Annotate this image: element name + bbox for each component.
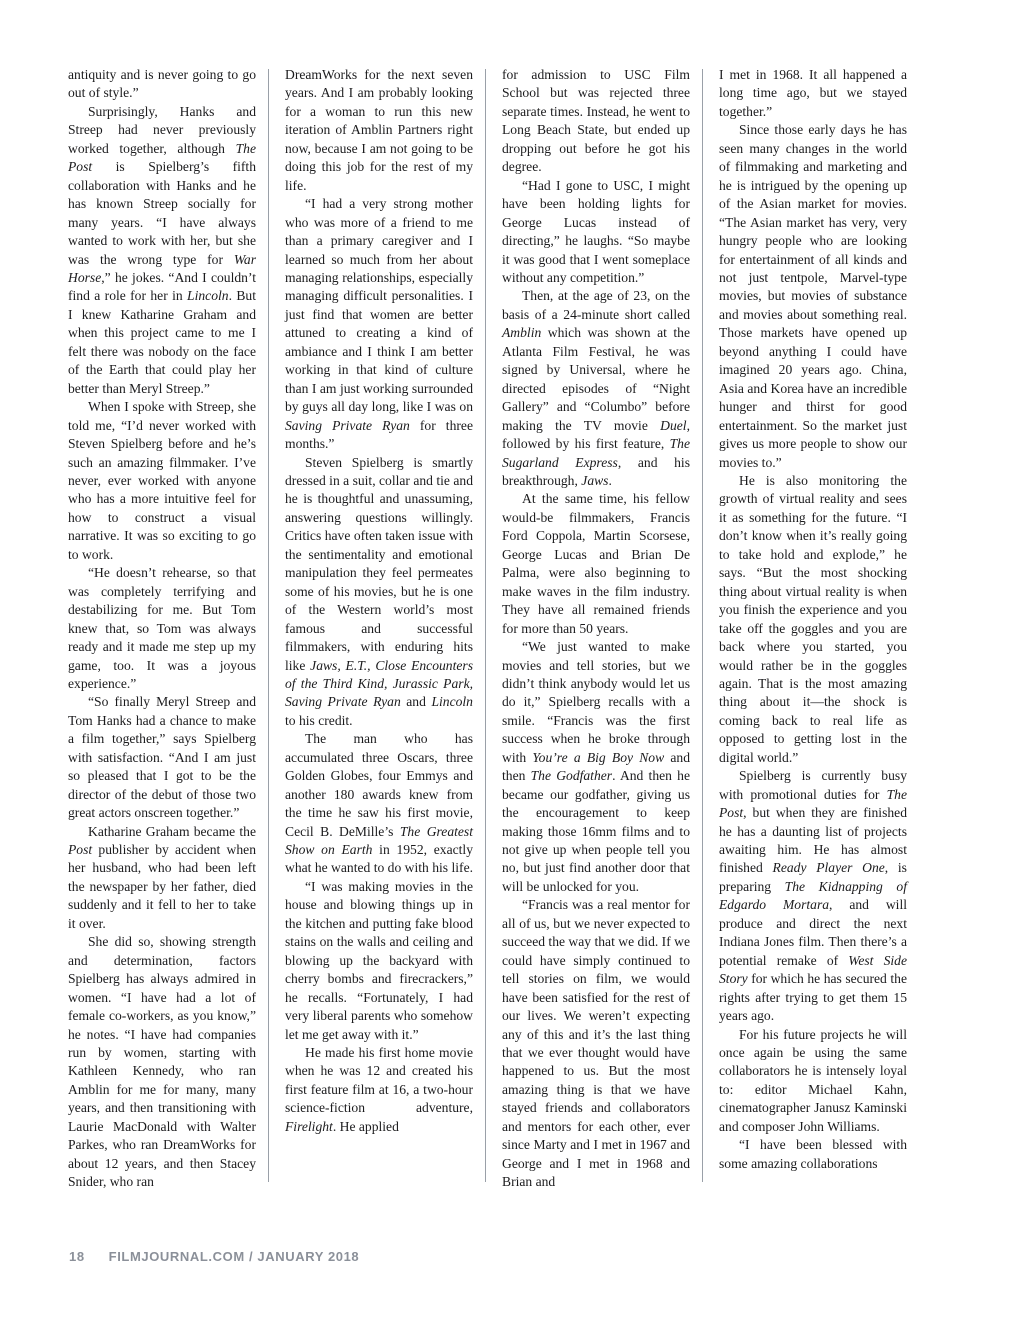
article-column-1: antiquity and is never going to go out o…: [68, 66, 256, 1192]
column-divider: [702, 69, 703, 1182]
body-text: At the same time, his fellow would-be fi…: [502, 491, 690, 635]
paragraph: When I spoke with Streep, she told me, “…: [68, 398, 256, 564]
page-footer: 18 FILMJOURNAL.COM / JANUARY 2018: [69, 1249, 359, 1264]
italic-title-text: Amblin: [502, 325, 541, 340]
paragraph: Then, at the age of 23, on the basis of …: [502, 287, 690, 490]
body-text: and: [401, 694, 432, 709]
paragraph: “Had I gone to USC, I might have been ho…: [502, 177, 690, 288]
paragraph: “He doesn’t rehearse, so that was comple…: [68, 564, 256, 693]
paragraph: “So finally Meryl Streep and Tom Hanks h…: [68, 693, 256, 822]
body-text: He made his first home movie when he was…: [285, 1045, 473, 1115]
body-text: to his credit.: [285, 713, 353, 728]
body-text: . And then he became our godfather, givi…: [502, 768, 690, 894]
paragraph: Surprisingly, Hanks and Streep had never…: [68, 103, 256, 398]
body-text: which was shown at the Atlanta Film Fest…: [502, 325, 690, 432]
paragraph: Since those early days he has seen many …: [719, 121, 907, 472]
italic-title-text: You’re a Big Boy Now: [532, 750, 664, 765]
paragraph: antiquity and is never going to go out o…: [68, 66, 256, 103]
italic-title-text: The Godfather: [531, 768, 612, 783]
body-text: When I spoke with Streep, she told me, “…: [68, 399, 256, 562]
italic-title-text: Ready Player One: [773, 860, 885, 875]
body-text: . He applied: [333, 1119, 399, 1134]
body-text: She did so, showing strength and determi…: [68, 934, 256, 1189]
paragraph: I met in 1968. It all happened a long ti…: [719, 66, 907, 121]
body-text: Surprisingly, Hanks and Streep had never…: [68, 104, 256, 156]
body-text: for admission to USC Film School but was…: [502, 67, 690, 174]
body-text: I met in 1968. It all happened a long ti…: [719, 67, 907, 119]
italic-title-text: Lincoln: [187, 288, 229, 303]
body-text: publisher by accident when her husband, …: [68, 842, 256, 931]
body-text: Katharine Graham became the: [88, 824, 256, 839]
paragraph: “Francis was a real mentor for all of us…: [502, 896, 690, 1191]
body-text: “We just wanted to make movies and tell …: [502, 639, 690, 765]
italic-title-text: Jaws: [581, 473, 608, 488]
body-text: antiquity and is never going to go out o…: [68, 67, 256, 100]
article-column-2: DreamWorks for the next seven years. And…: [285, 66, 473, 1192]
italic-title-text: Post: [68, 842, 92, 857]
paragraph: Spielberg is currently busy with promoti…: [719, 767, 907, 1025]
italic-title-text: Lincoln: [431, 694, 473, 709]
italic-title-text: Duel: [660, 418, 686, 433]
body-text: DreamWorks for the next seven years. And…: [285, 67, 473, 193]
body-text: Since those early days he has seen many …: [719, 122, 907, 469]
paragraph: He made his first home movie when he was…: [285, 1044, 473, 1136]
body-text: for which he has secured the rights afte…: [719, 971, 907, 1023]
body-text: . But I knew Katharine Graham and when t…: [68, 288, 256, 395]
body-text: “I had a very strong mother who was more…: [285, 196, 473, 414]
column-divider: [485, 69, 486, 1182]
paragraph: Katharine Graham became the Post publish…: [68, 823, 256, 934]
paragraph: “I had a very strong mother who was more…: [285, 195, 473, 453]
paragraph: He is also monitoring the growth of virt…: [719, 472, 907, 767]
article-column-4: I met in 1968. It all happened a long ti…: [719, 66, 907, 1192]
body-text: Then, at the age of 23, on the basis of …: [502, 288, 690, 321]
body-text: “Francis was a real mentor for all of us…: [502, 897, 690, 1189]
body-text: He is also monitoring the growth of virt…: [719, 473, 907, 765]
body-text: is Spielberg’s fifth collaboration with …: [68, 159, 256, 266]
body-text: Steven Spielberg is smartly dressed in a…: [285, 455, 473, 673]
article-columns: antiquity and is never going to go out o…: [68, 66, 914, 1192]
body-text: “So finally Meryl Streep and Tom Hanks h…: [68, 694, 256, 820]
article-column-3: for admission to USC Film School but was…: [502, 66, 690, 1192]
body-text: “Had I gone to USC, I might have been ho…: [502, 178, 690, 285]
body-text: For his future projects he will once aga…: [719, 1027, 907, 1134]
page-number: 18: [69, 1249, 85, 1264]
paragraph: for admission to USC Film School but was…: [502, 66, 690, 177]
italic-title-text: Saving Private Ryan: [285, 418, 410, 433]
body-text: “I have been blessed with some amazing c…: [719, 1137, 907, 1170]
paragraph: “We just wanted to make movies and tell …: [502, 638, 690, 896]
paragraph: For his future projects he will once aga…: [719, 1026, 907, 1137]
paragraph: “I have been blessed with some amazing c…: [719, 1136, 907, 1173]
paragraph: DreamWorks for the next seven years. And…: [285, 66, 473, 195]
body-text: “He doesn’t rehearse, so that was comple…: [68, 565, 256, 691]
paragraph: Steven Spielberg is smartly dressed in a…: [285, 454, 473, 731]
body-text: “I was making movies in the house and bl…: [285, 879, 473, 1042]
paragraph: At the same time, his fellow would-be fi…: [502, 490, 690, 638]
footer-magazine-date: FILMJOURNAL.COM / JANUARY 2018: [109, 1249, 360, 1264]
paragraph: The man who has accumulated three Oscars…: [285, 730, 473, 878]
body-text: .: [608, 473, 611, 488]
paragraph: “I was making movies in the house and bl…: [285, 878, 473, 1044]
column-divider: [268, 69, 269, 1182]
body-text: Spielberg is currently busy with promoti…: [719, 768, 907, 801]
paragraph: She did so, showing strength and determi…: [68, 933, 256, 1191]
italic-title-text: Firelight: [285, 1119, 333, 1134]
body-text: The man who has accumulated three Oscars…: [285, 731, 473, 838]
